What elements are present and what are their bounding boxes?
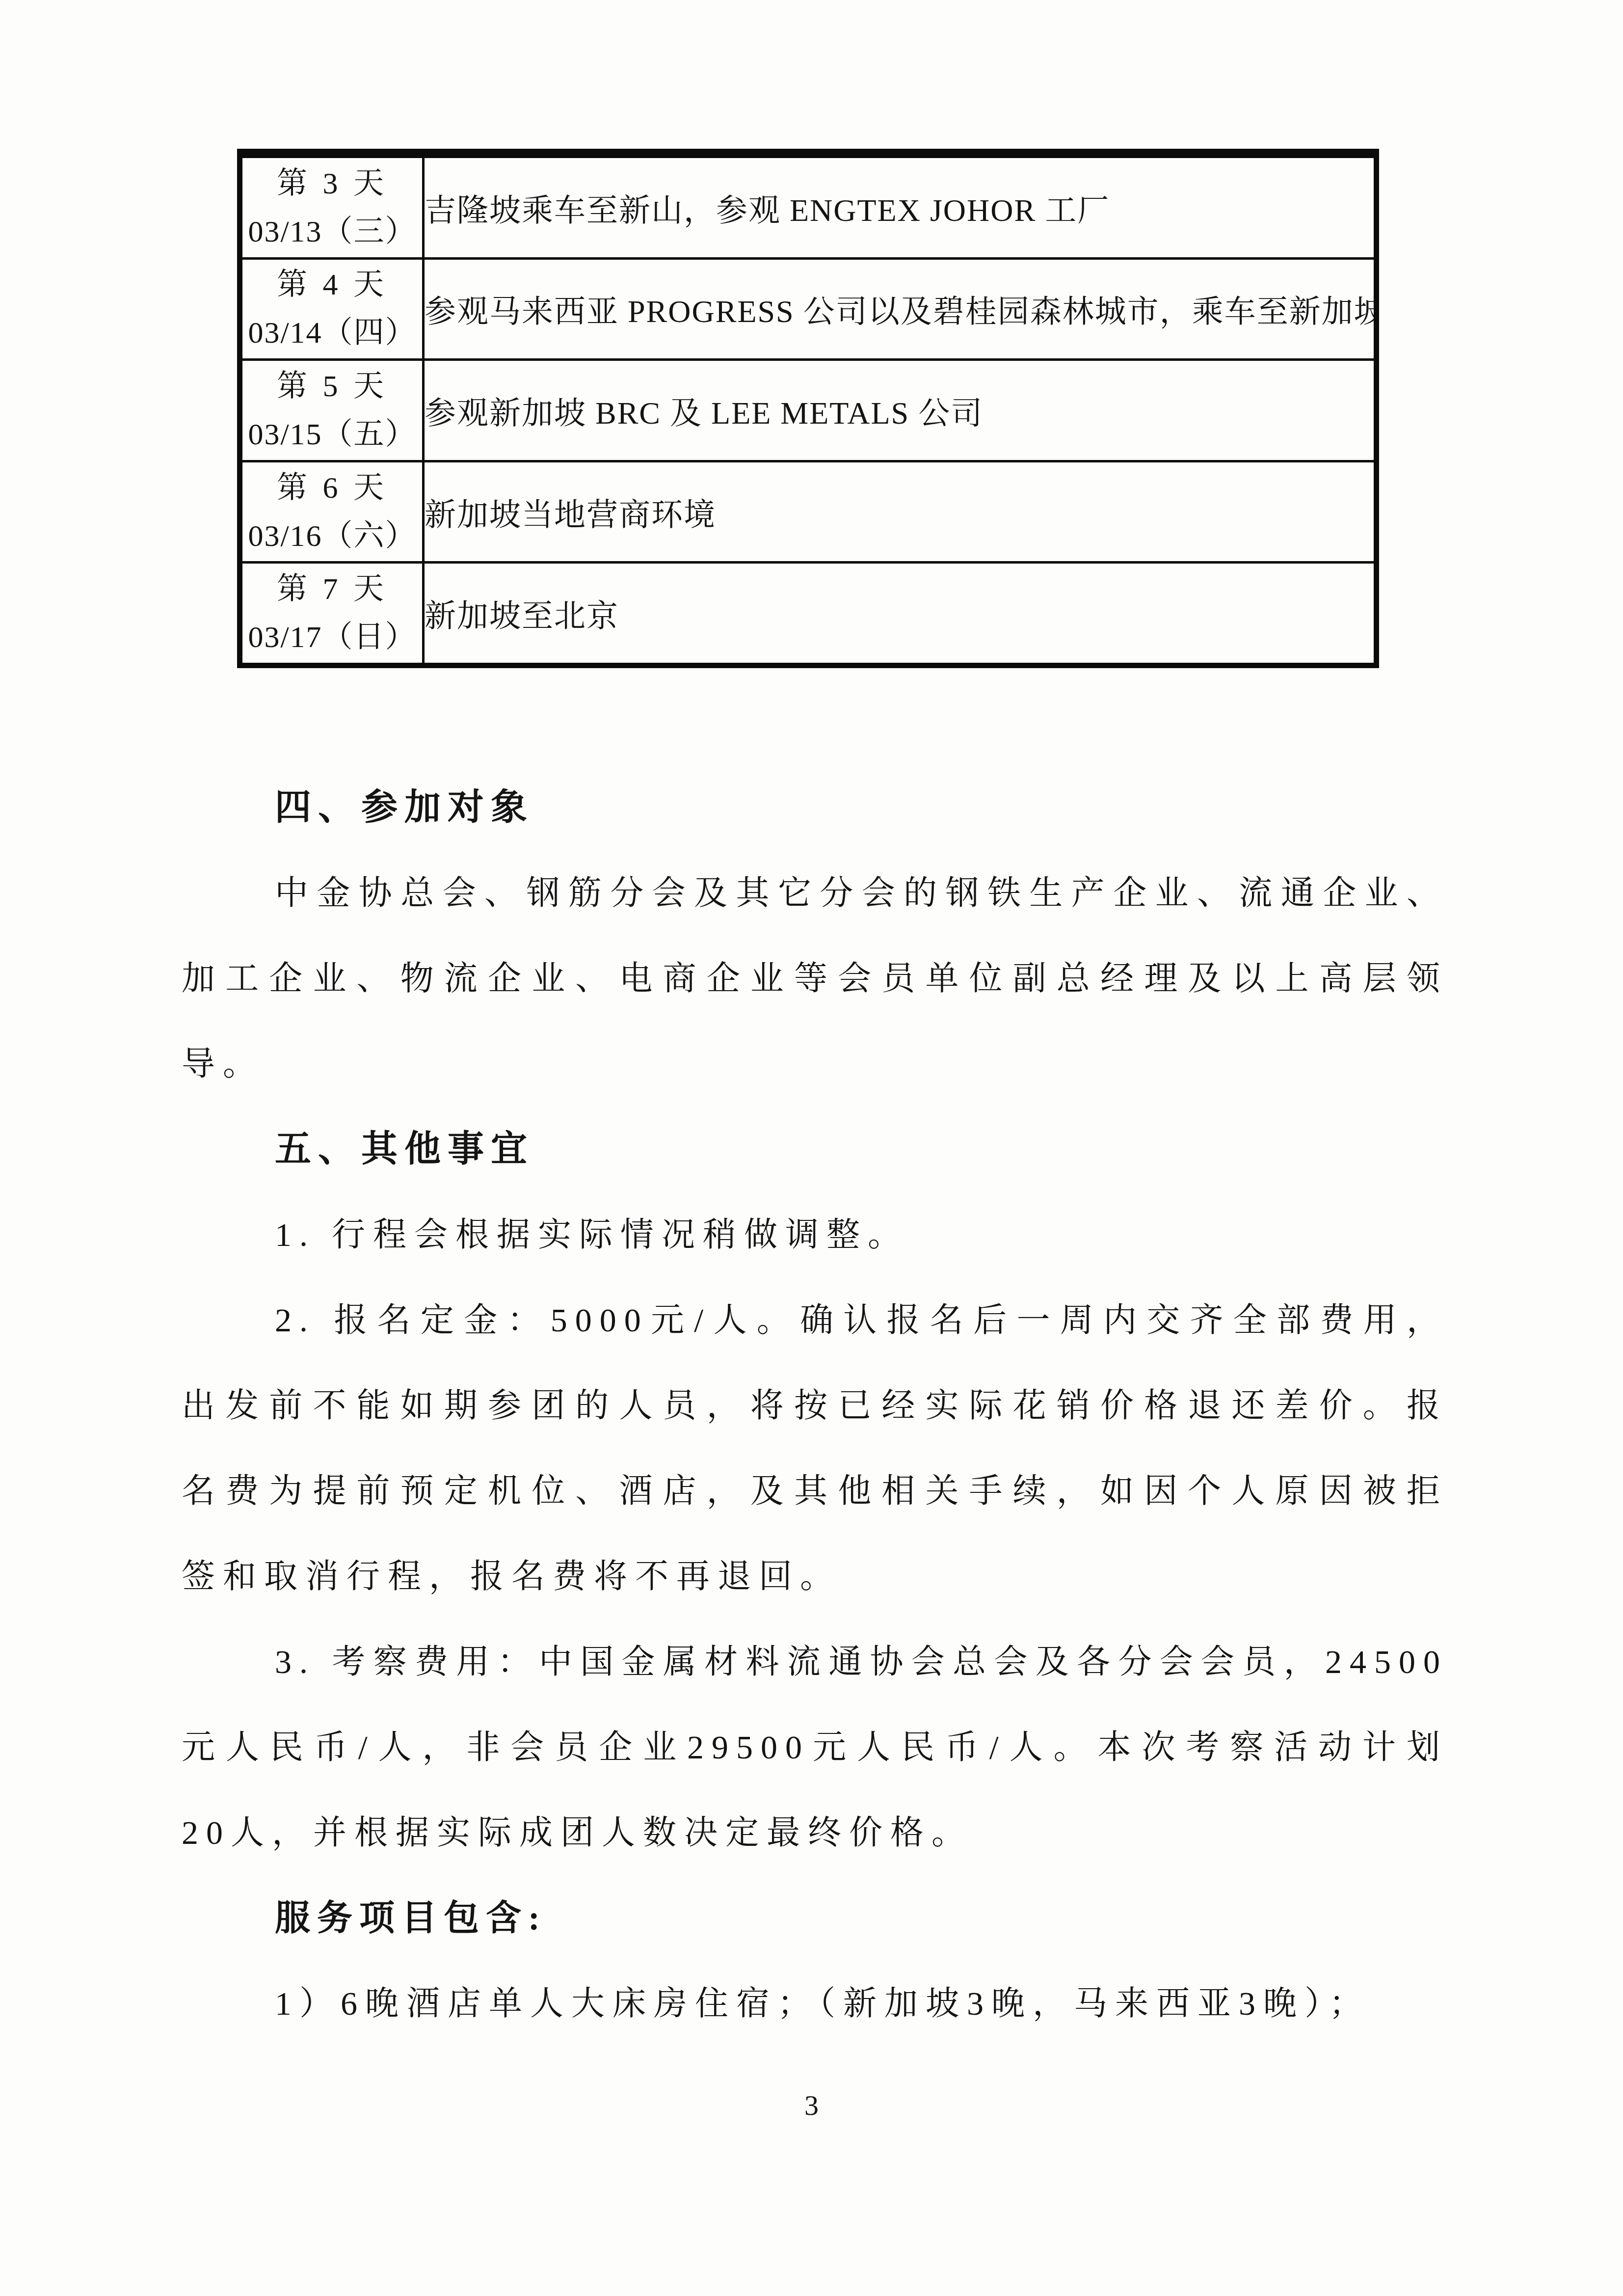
activity-cell: 新加坡至北京 — [424, 563, 1375, 664]
activity-cell: 参观新加坡 BRC 及 LEE METALS 公司 — [424, 360, 1375, 461]
activity-cell: 参观马来西亚 PROGRESS 公司以及碧桂园森林城市，乘车至新加坡 — [424, 258, 1375, 360]
section4-heading: 四、参加对象 — [182, 765, 1448, 850]
day-label: 第 3 天 — [242, 160, 422, 208]
day-label: 第 5 天 — [242, 362, 422, 410]
section5-item2-line-3: 名费为提前预定机位、酒店，及其他相关手续，如因个人原因被拒 — [182, 1448, 1448, 1534]
table-row: 第 5 天 03/15（五） 参观新加坡 BRC 及 LEE METALS 公司 — [241, 360, 1375, 461]
section4-line-1: 中金协总会、钢筋分会及其它分会的钢铁生产企业、流通企业、 — [182, 850, 1448, 936]
services-item-1: 1）6晚酒店单人大床房住宿；（新加坡3晚，马来西亚3晚）； — [182, 1961, 1448, 2046]
day-cell: 第 7 天 03/17（日） — [241, 563, 424, 664]
section5-item3-line-1: 3. 考察费用：中国金属材料流通协会总会及各分会会员，24500 — [182, 1619, 1448, 1704]
body-text: 四、参加对象 中金协总会、钢筋分会及其它分会的钢铁生产企业、流通企业、 加工企业… — [182, 765, 1448, 2046]
day-cell: 第 5 天 03/15（五） — [241, 360, 424, 461]
day-label: 第 7 天 — [242, 565, 422, 613]
page-number: 3 — [0, 2089, 1623, 2122]
day-cell: 第 3 天 03/13（三） — [241, 157, 424, 259]
section5-item3-line-2: 元人民币/人，非会员企业29500元人民币/人。本次考察活动计划 — [182, 1704, 1448, 1790]
date-label: 03/13（三） — [242, 208, 422, 256]
table-row: 第 4 天 03/14（四） 参观马来西亚 PROGRESS 公司以及碧桂园森林… — [241, 258, 1375, 360]
document-page: 第 3 天 03/13（三） 吉隆坡乘车至新山，参观 ENGTEX JOHOR … — [0, 0, 1623, 2296]
section5-item3-line-3: 20人，并根据实际成团人数决定最终价格。 — [182, 1790, 1448, 1875]
table-row: 第 7 天 03/17（日） 新加坡至北京 — [241, 563, 1375, 664]
table-row: 第 6 天 03/16（六） 新加坡当地营商环境 — [241, 461, 1375, 563]
day-cell: 第 6 天 03/16（六） — [241, 461, 424, 563]
itinerary-table-border: 第 3 天 03/13（三） 吉隆坡乘车至新山，参观 ENGTEX JOHOR … — [237, 149, 1379, 668]
date-label: 03/17（日） — [242, 613, 422, 661]
date-label: 03/15（五） — [242, 410, 422, 459]
section5-item2-line-2: 出发前不能如期参团的人员，将按已经实际花销价格退还差价。报 — [182, 1363, 1448, 1448]
table-row: 第 3 天 03/13（三） 吉隆坡乘车至新山，参观 ENGTEX JOHOR … — [241, 157, 1375, 259]
day-cell: 第 4 天 03/14（四） — [241, 258, 424, 360]
section4-line-3: 导。 — [182, 1021, 1448, 1107]
date-label: 03/14（四） — [242, 309, 422, 357]
itinerary-table: 第 3 天 03/13（三） 吉隆坡乘车至新山，参观 ENGTEX JOHOR … — [240, 156, 1376, 665]
day-label: 第 4 天 — [242, 261, 422, 309]
section5-item1: 1. 行程会根据实际情况稍做调整。 — [182, 1192, 1448, 1277]
activity-cell: 新加坡当地营商环境 — [424, 461, 1375, 563]
activity-cell: 吉隆坡乘车至新山，参观 ENGTEX JOHOR 工厂 — [424, 157, 1375, 259]
services-subheading: 服务项目包含: — [182, 1875, 1448, 1961]
section4-line-2: 加工企业、物流企业、电商企业等会员单位副总经理及以上高层领 — [182, 936, 1448, 1021]
section5-heading: 五、其他事宜 — [182, 1107, 1448, 1192]
date-label: 03/16（六） — [242, 512, 422, 560]
section5-item2-line-1: 2. 报名定金：5000元/人。确认报名后一周内交齐全部费用， — [182, 1277, 1448, 1363]
section5-item2-line-4: 签和取消行程，报名费将不再退回。 — [182, 1534, 1448, 1619]
day-label: 第 6 天 — [242, 464, 422, 512]
